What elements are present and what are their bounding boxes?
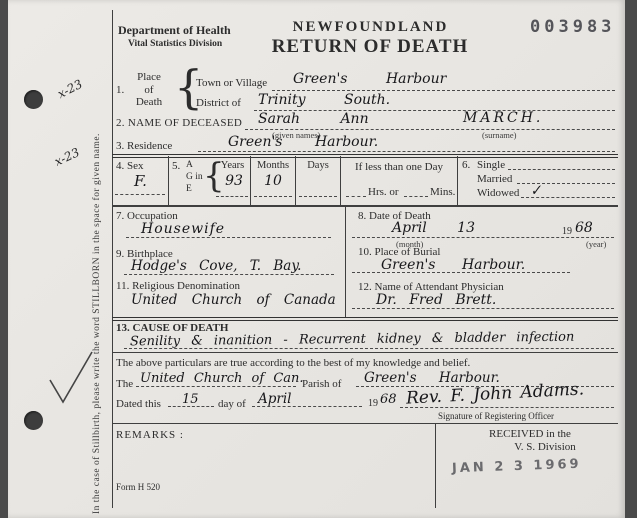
margin-checkmark-icon (48, 350, 94, 406)
religion-value: United Church of Canada (131, 292, 336, 308)
rule-below-cause (112, 352, 618, 353)
birthplace-line (124, 274, 334, 275)
hrs-label: Hrs. or (368, 186, 399, 199)
married-label: Married (477, 173, 512, 186)
remarks-top-rule (112, 423, 618, 424)
church-line (136, 386, 296, 387)
sex-value: F. (134, 172, 147, 190)
religion-label: 11. Religious Denomination (116, 280, 240, 293)
hrs-line (346, 196, 366, 197)
department-name: Department of Health (118, 24, 231, 38)
rule-above-grid (112, 154, 618, 158)
death-certificate-scan: x-23 x-23 In the case of Stillbirth, ple… (0, 0, 637, 518)
marital-number: 6. (462, 159, 470, 172)
division-name: Vital Statistics Division (128, 39, 222, 50)
burial-value: Green's Harbour. (381, 257, 525, 273)
dated-label: Dated this (116, 398, 161, 411)
district-value: Trinity South. (258, 92, 390, 108)
field1-label: Place of Death (128, 71, 170, 109)
parish-value: Green's Harbour. (364, 370, 500, 386)
physician-value: Dr. Fred Brett. (376, 292, 496, 308)
received-line2: V. S. Division (480, 441, 610, 454)
age-days-header: Days (296, 160, 340, 172)
town-value: Green's Harbour (293, 71, 446, 87)
remarks-label: REMARKS : (116, 429, 184, 442)
the-label: The (116, 378, 133, 391)
residence-line (198, 151, 615, 152)
town-label: Town or Village (196, 77, 267, 90)
signature-line (400, 407, 614, 408)
occupation-line (126, 237, 331, 238)
serial-number: 003983 (530, 17, 615, 37)
form-left-border (112, 10, 113, 508)
age-years-header: Years (215, 160, 250, 172)
attestation-statement: The above particulars are true according… (116, 357, 470, 370)
day-value: 15 (182, 392, 199, 407)
widowed-label: Widowed (477, 187, 519, 200)
single-line (508, 169, 615, 170)
form-title-province: NEWFOUNDLAND (268, 19, 473, 36)
month-value: April (258, 391, 291, 407)
age-days-line (299, 196, 337, 197)
age-number: 5. (172, 160, 180, 173)
mins-label: Mins. (430, 186, 455, 199)
grid-line-4 (340, 156, 341, 205)
stillborn-margin-note: In the case of Stillbirth, please write … (92, 4, 102, 514)
age-months-line (254, 196, 292, 197)
month-line (252, 406, 362, 407)
physician-line (352, 308, 614, 309)
sex-label: 4. Sex (116, 160, 144, 173)
district-label: District of (196, 97, 241, 110)
grid-bottom-rule (112, 205, 618, 207)
burial-line (352, 272, 570, 273)
death-year-prefix: 19 (562, 226, 572, 238)
town-line (272, 90, 615, 91)
signature-caption: Signature of Registering Officer (438, 411, 554, 421)
less-than-day-label: If less than one Day (343, 161, 455, 174)
cause-line (124, 348, 614, 349)
year-value: 68 (380, 392, 397, 407)
residence-label: 3. Residence (116, 140, 172, 153)
year-caption: (year) (586, 240, 606, 250)
church-value: United Church of Can. (140, 371, 304, 386)
sex-line (115, 194, 165, 195)
surname-caption: (surname) (482, 131, 516, 141)
death-year-value: 68 (575, 220, 593, 236)
day-line (168, 406, 214, 407)
form-number: Form H 520 (116, 482, 160, 492)
year-prefix: 19 (368, 398, 378, 410)
received-line1: RECEIVED in the (455, 428, 605, 441)
occupation-value: Housewife (141, 221, 225, 237)
age-years-value: 93 (219, 173, 249, 189)
age-months-value: 10 (254, 173, 292, 189)
field1-number: 1. (116, 84, 124, 97)
rule-above-cause (112, 317, 618, 321)
day-of-label: day of (218, 398, 246, 411)
remarks-divider (435, 424, 436, 508)
surname-value: MARCH. (463, 110, 543, 126)
single-label: Single (477, 159, 505, 172)
parish-label: Parish of (302, 378, 341, 391)
form-title-main: RETURN OF DEATH (255, 36, 485, 58)
name-label: 2. NAME OF DECEASED (116, 117, 242, 130)
date-of-death-value: April 13 (392, 220, 475, 236)
age-months-header: Months (251, 160, 295, 172)
punch-hole-top (24, 90, 43, 109)
mins-line (404, 196, 428, 197)
date-of-death-line (352, 237, 614, 238)
grid-line-5 (457, 156, 458, 205)
punch-hole-bottom (24, 411, 43, 430)
age-years-line (216, 196, 248, 197)
age-letters: A G in E (186, 159, 203, 195)
middle-column-divider (345, 206, 346, 318)
grid-line-1 (168, 156, 169, 205)
widowed-checkmark: ✓ (529, 182, 543, 199)
residence-value: Green's Harbour. (228, 134, 378, 150)
given-names-value: Sarah Ann (258, 111, 369, 127)
birthplace-value: Hodge's Cove, T. Bay. (131, 258, 301, 274)
